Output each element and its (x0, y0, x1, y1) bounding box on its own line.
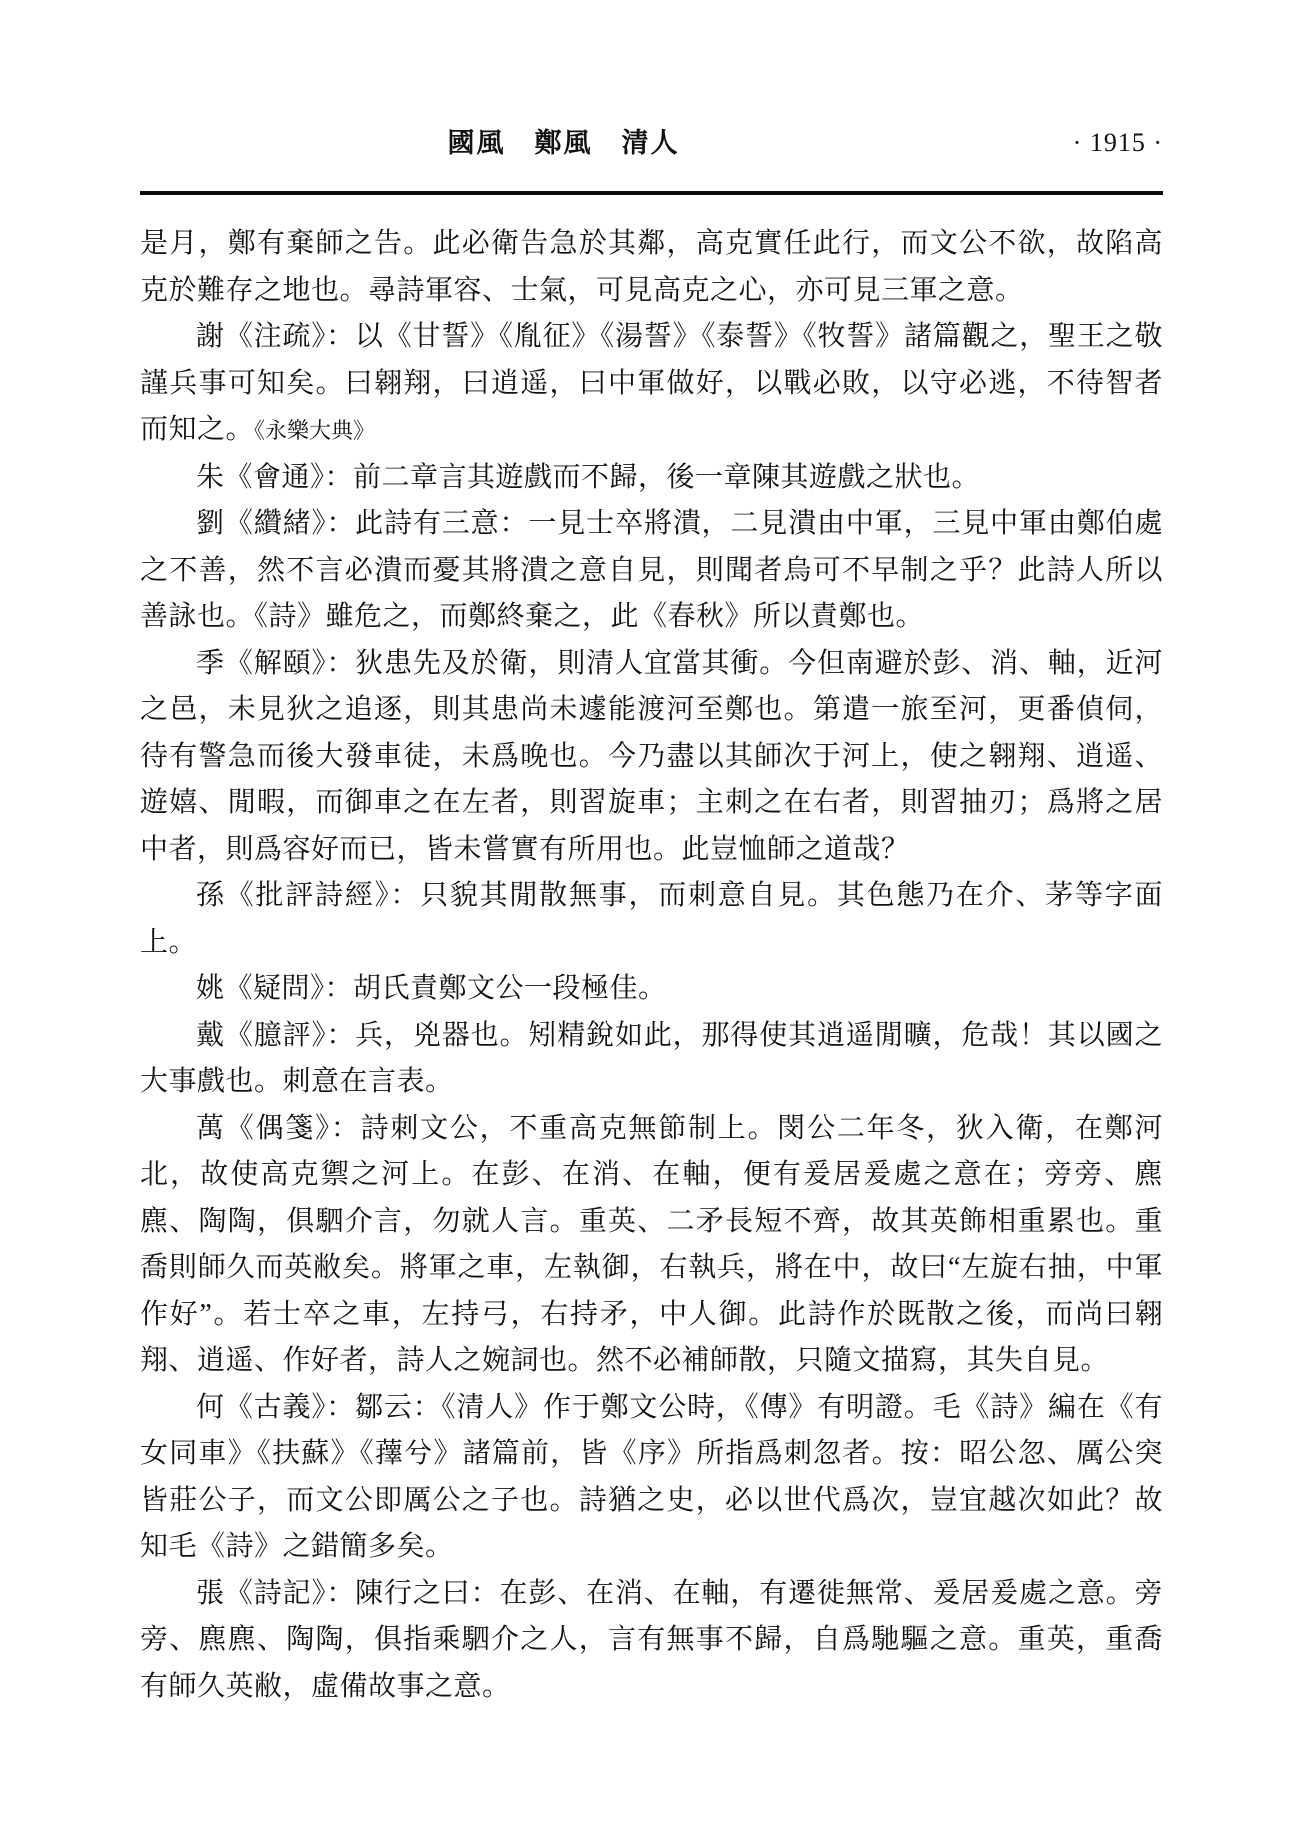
paragraph-continuation: 是月，鄭有棄師之告。此必衛告急於其鄰，高克實任此行，而文公不欲，故陷高克於難存之… (140, 221, 1163, 314)
page-number: · 1915 · (1073, 126, 1163, 160)
paragraph-sun-pipingshijing: 孫《批評詩經》：只貌其閒散無事，而刺意自見。其色態乃在介、茅等字面上。 (140, 873, 1163, 966)
header-divider (140, 191, 1163, 195)
paragraph-liu-zuanxu: 劉《纘緒》：此詩有三意：一見士卒將潰，二見潰由中軍，三見中軍由鄭伯處之不善，然不… (140, 501, 1163, 641)
paragraph-yao-yiwen: 姚《疑問》：胡氏責鄭文公一段極佳。 (140, 966, 1163, 1013)
page-title: 國風 鄭風 清人 (52, 126, 1075, 160)
book-page: 國風 鄭風 清人 · 1915 · 是月，鄭有棄師之告。此必衛告急於其鄰，高克實… (0, 0, 1300, 1827)
paragraph-xie-zhushu: 謝《注疏》：以《甘誓》《胤征》《湯誓》《泰誓》《牧誓》諸篇觀之，聖王之敬謹兵事可… (140, 314, 1163, 455)
paragraph-zhang-shiji: 張《詩記》：陳行之曰：在彭、在消、在軸，有遷徙無常、爰居爰處之意。旁旁、麃麃、陶… (140, 1571, 1163, 1711)
commentary-text-block: 是月，鄭有棄師之告。此必衛告急於其鄰，高克實任此行，而文公不欲，故陷高克於難存之… (140, 221, 1163, 1710)
paragraph-ji-jieyi: 季《解頤》：狄患先及於衛，則清人宜當其衝。今但南避於彭、消、軸，近河之邑，未見狄… (140, 641, 1163, 874)
paragraph-dai-yiping: 戴《臆評》：兵，兇器也。矧精銳如此，那得使其逍遥閒曠，危哉！其以國之大事戲也。刺… (140, 1013, 1163, 1106)
paragraph-zhu-huitong: 朱《會通》：前二章言其遊戲而不歸，後一章陳其遊戲之狀也。 (140, 455, 1163, 502)
paragraph-he-guyi: 何《古義》：鄒云：《清人》作于鄭文公時，《傳》有明證。毛《詩》編在《有女同車》《… (140, 1385, 1163, 1571)
source-note: 《永樂大典》 (254, 418, 375, 443)
paragraph-wan-oujian: 萬《偶箋》：詩刺文公，不重高克無節制上。閔公二年冬，狄入衛，在鄭河北，故使高克禦… (140, 1106, 1163, 1385)
running-header: 國風 鄭風 清人 · 1915 · (140, 126, 1163, 160)
